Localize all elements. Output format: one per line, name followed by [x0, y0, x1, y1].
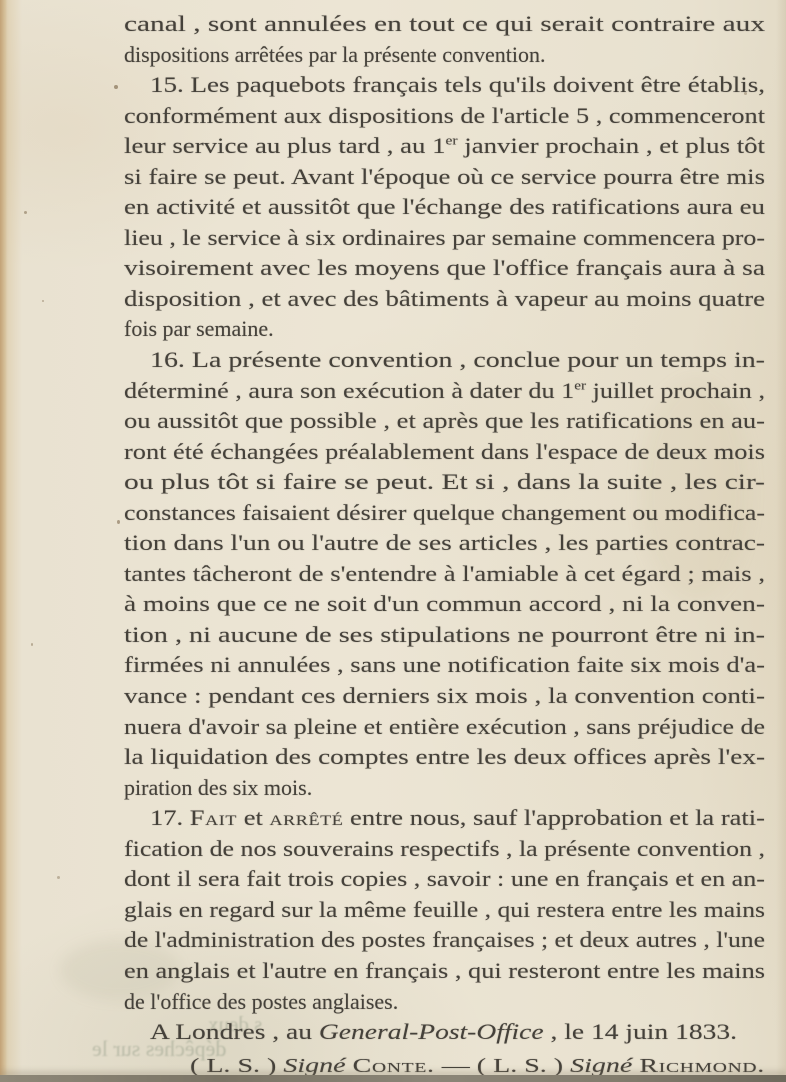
dateline: A Londres , au General-Post-Office , le … — [124, 1017, 765, 1048]
text-line: ront été échangées préalablement dans l'… — [124, 437, 765, 468]
text-line: de l'office des postes anglaises. — [124, 987, 765, 1018]
text-segment: arrêté — [269, 805, 343, 830]
text-segment: à moins que ce ne soit d'un commun accor… — [124, 591, 765, 616]
text-segment: General-Post-Office — [319, 1019, 544, 1044]
text-line: en activité et aussitôt que l'échange de… — [124, 192, 765, 223]
text-segment: en activité et aussitôt que l'échange de… — [124, 194, 765, 219]
text-segment: ront été échangées préalablement dans l'… — [124, 439, 765, 464]
text-segment: en anglais et l'autre en français , qui … — [124, 958, 765, 983]
text-line: déterminé , aura son exécution à dater d… — [124, 376, 765, 407]
text-line: ou plus tôt si faire se peut. Et si , da… — [124, 467, 765, 498]
text-segment: — ( L. S. ) — [435, 1055, 570, 1077]
text-line: tion dans l'un ou l'autre de ses article… — [124, 528, 765, 559]
text-segment: conformément aux dispositions de l'artic… — [124, 103, 765, 128]
text-segment: leur service au plus tard , au 1 — [124, 133, 446, 158]
text-line: dispositions arrêtées par la présente co… — [124, 40, 765, 71]
text-segment: Signé — [570, 1055, 632, 1077]
text-line: vance : pendant ces derniers six mois , … — [124, 681, 765, 712]
text-line: lieu , le service à six ordinaires par s… — [124, 223, 765, 254]
text-segment: janvier prochain , et plus tôt — [458, 133, 765, 158]
text-line: piration des six mois. — [124, 773, 765, 804]
text-segment: Fait — [190, 805, 237, 830]
text-segment: vance : pendant ces derniers six mois , … — [124, 683, 765, 708]
text-line: fication de nos souverains respectifs , … — [124, 834, 765, 865]
text-line: leur service au plus tard , au 1er janvi… — [124, 131, 765, 162]
foxing-speck — [31, 643, 33, 646]
text-segment: , le 14 juin 1833. — [544, 1019, 737, 1044]
text-line: dont il sera fait trois copies , savoir … — [124, 864, 765, 895]
text-segment: Richmond. — [639, 1055, 765, 1077]
text-segment: constances faisaient désirer quelque cha… — [124, 500, 765, 525]
text-segment: ( L. S. ) — [190, 1055, 283, 1077]
text-line: tion , ni aucune de ses stipulations ne … — [124, 620, 765, 651]
text-segment: 16. La présente convention , conclue pou… — [150, 347, 765, 372]
text-segment: juillet prochain , — [586, 378, 765, 403]
text-segment: dispositions arrêtées par la présente co… — [124, 42, 546, 67]
text-line: tantes tâcheront de s'entendre à l'amiab… — [124, 559, 765, 590]
text-segment: la liquidation des comptes entre les deu… — [124, 744, 765, 769]
right-edge-shade — [776, 0, 786, 1082]
text-line: 16. La présente convention , conclue pou… — [124, 345, 765, 376]
scan-bottom-band — [0, 1075, 786, 1082]
text-segment: A Londres , au — [150, 1019, 319, 1044]
foxing-speck — [114, 85, 118, 89]
text-segment: canal , sont annulées en tout ce qui ser… — [124, 11, 765, 36]
text-line: canal , sont annulées en tout ce qui ser… — [124, 9, 765, 40]
text-segment: déterminé , aura son exécution à dater d… — [124, 378, 574, 403]
text-segment: lieu , le service à six ordinaires par s… — [124, 225, 765, 250]
text-segment: firmées ni annulées , sans une notificat… — [124, 652, 765, 677]
foxing-speck — [24, 211, 27, 214]
text-line: fois par semaine. — [124, 314, 765, 345]
foxing-speck — [42, 300, 44, 302]
text-segment: er — [446, 134, 458, 148]
text-segment: entre nous, sauf l'approbation et la rat… — [343, 805, 765, 830]
text-segment: 17. — [150, 805, 190, 830]
text-segment: et — [237, 805, 269, 830]
text-segment: fois par semaine. — [124, 316, 274, 341]
text-segment: tion , ni aucune de ses stipulations ne … — [124, 622, 765, 647]
text-line: de l'administration des postes française… — [124, 925, 765, 956]
text-segment: visoirement avec les moyens que l'office… — [124, 255, 765, 280]
text-segment: de l'administration des postes française… — [124, 927, 765, 952]
text-segment: tantes tâcheront de s'entendre à l'amiab… — [124, 561, 765, 586]
text-segment: piration des six mois. — [124, 775, 312, 800]
text-line: la liquidation des comptes entre les deu… — [124, 742, 765, 773]
text-line: glais en regard sur la même feuille , qu… — [124, 895, 765, 926]
text-segment: tion dans l'un ou l'autre de ses article… — [124, 530, 765, 555]
text-line: 17. Fait et arrêté entre nous, sauf l'ap… — [124, 803, 765, 834]
text-line: constances faisaient désirer quelque cha… — [124, 498, 765, 529]
page-edge-shadow — [0, 0, 7, 1082]
text-line: disposition , et avec des bâtiments à va… — [124, 284, 765, 315]
text-segment: dont il sera fait trois copies , savoir … — [124, 866, 765, 891]
text-segment: Conte. — [353, 1055, 435, 1077]
text-line: en anglais et l'autre en français , qui … — [124, 956, 765, 987]
text-line: visoirement avec les moyens que l'office… — [124, 253, 765, 284]
text-segment: er — [574, 378, 586, 392]
text-line: si faire se peut. Avant l'époque où ce s… — [124, 162, 765, 193]
foxing-speck — [117, 520, 120, 524]
text-segment: de l'office des postes anglaises. — [124, 989, 398, 1014]
text-line: 15. Les paquebots français tels qu'ils d… — [124, 70, 765, 101]
text-segment: glais en regard sur la même feuille , qu… — [124, 897, 765, 922]
text-segment — [632, 1055, 639, 1077]
foxing-speck — [57, 876, 60, 879]
text-line: conformément aux dispositions de l'artic… — [124, 101, 765, 132]
text-segment: ou plus tôt si faire se peut. Et si , da… — [124, 469, 765, 494]
text-line: firmées ni annulées , sans une notificat… — [124, 650, 765, 681]
text-segment: disposition , et avec des bâtiments à va… — [124, 286, 765, 311]
text-segment: 15. Les paquebots français tels qu'ils d… — [150, 72, 765, 97]
text-line: nuera d'avoir sa pleine et entière exécu… — [124, 712, 765, 743]
scanned-page: s deuxdépêches sur le canal , sont annul… — [0, 0, 786, 1082]
text-segment: ou aussitôt que possible , et après que … — [124, 408, 765, 433]
text-segment: Signé — [283, 1055, 345, 1077]
text-line: ou aussitôt que possible , et après que … — [124, 406, 765, 437]
page-text: canal , sont annulées en tout ce qui ser… — [124, 9, 765, 1079]
text-line: à moins que ce ne soit d'un commun accor… — [124, 589, 765, 620]
text-segment: fication de nos souverains respectifs , … — [124, 836, 765, 861]
text-segment: si faire se peut. Avant l'époque où ce s… — [124, 164, 765, 189]
text-segment: nuera d'avoir sa pleine et entière exécu… — [124, 714, 765, 739]
